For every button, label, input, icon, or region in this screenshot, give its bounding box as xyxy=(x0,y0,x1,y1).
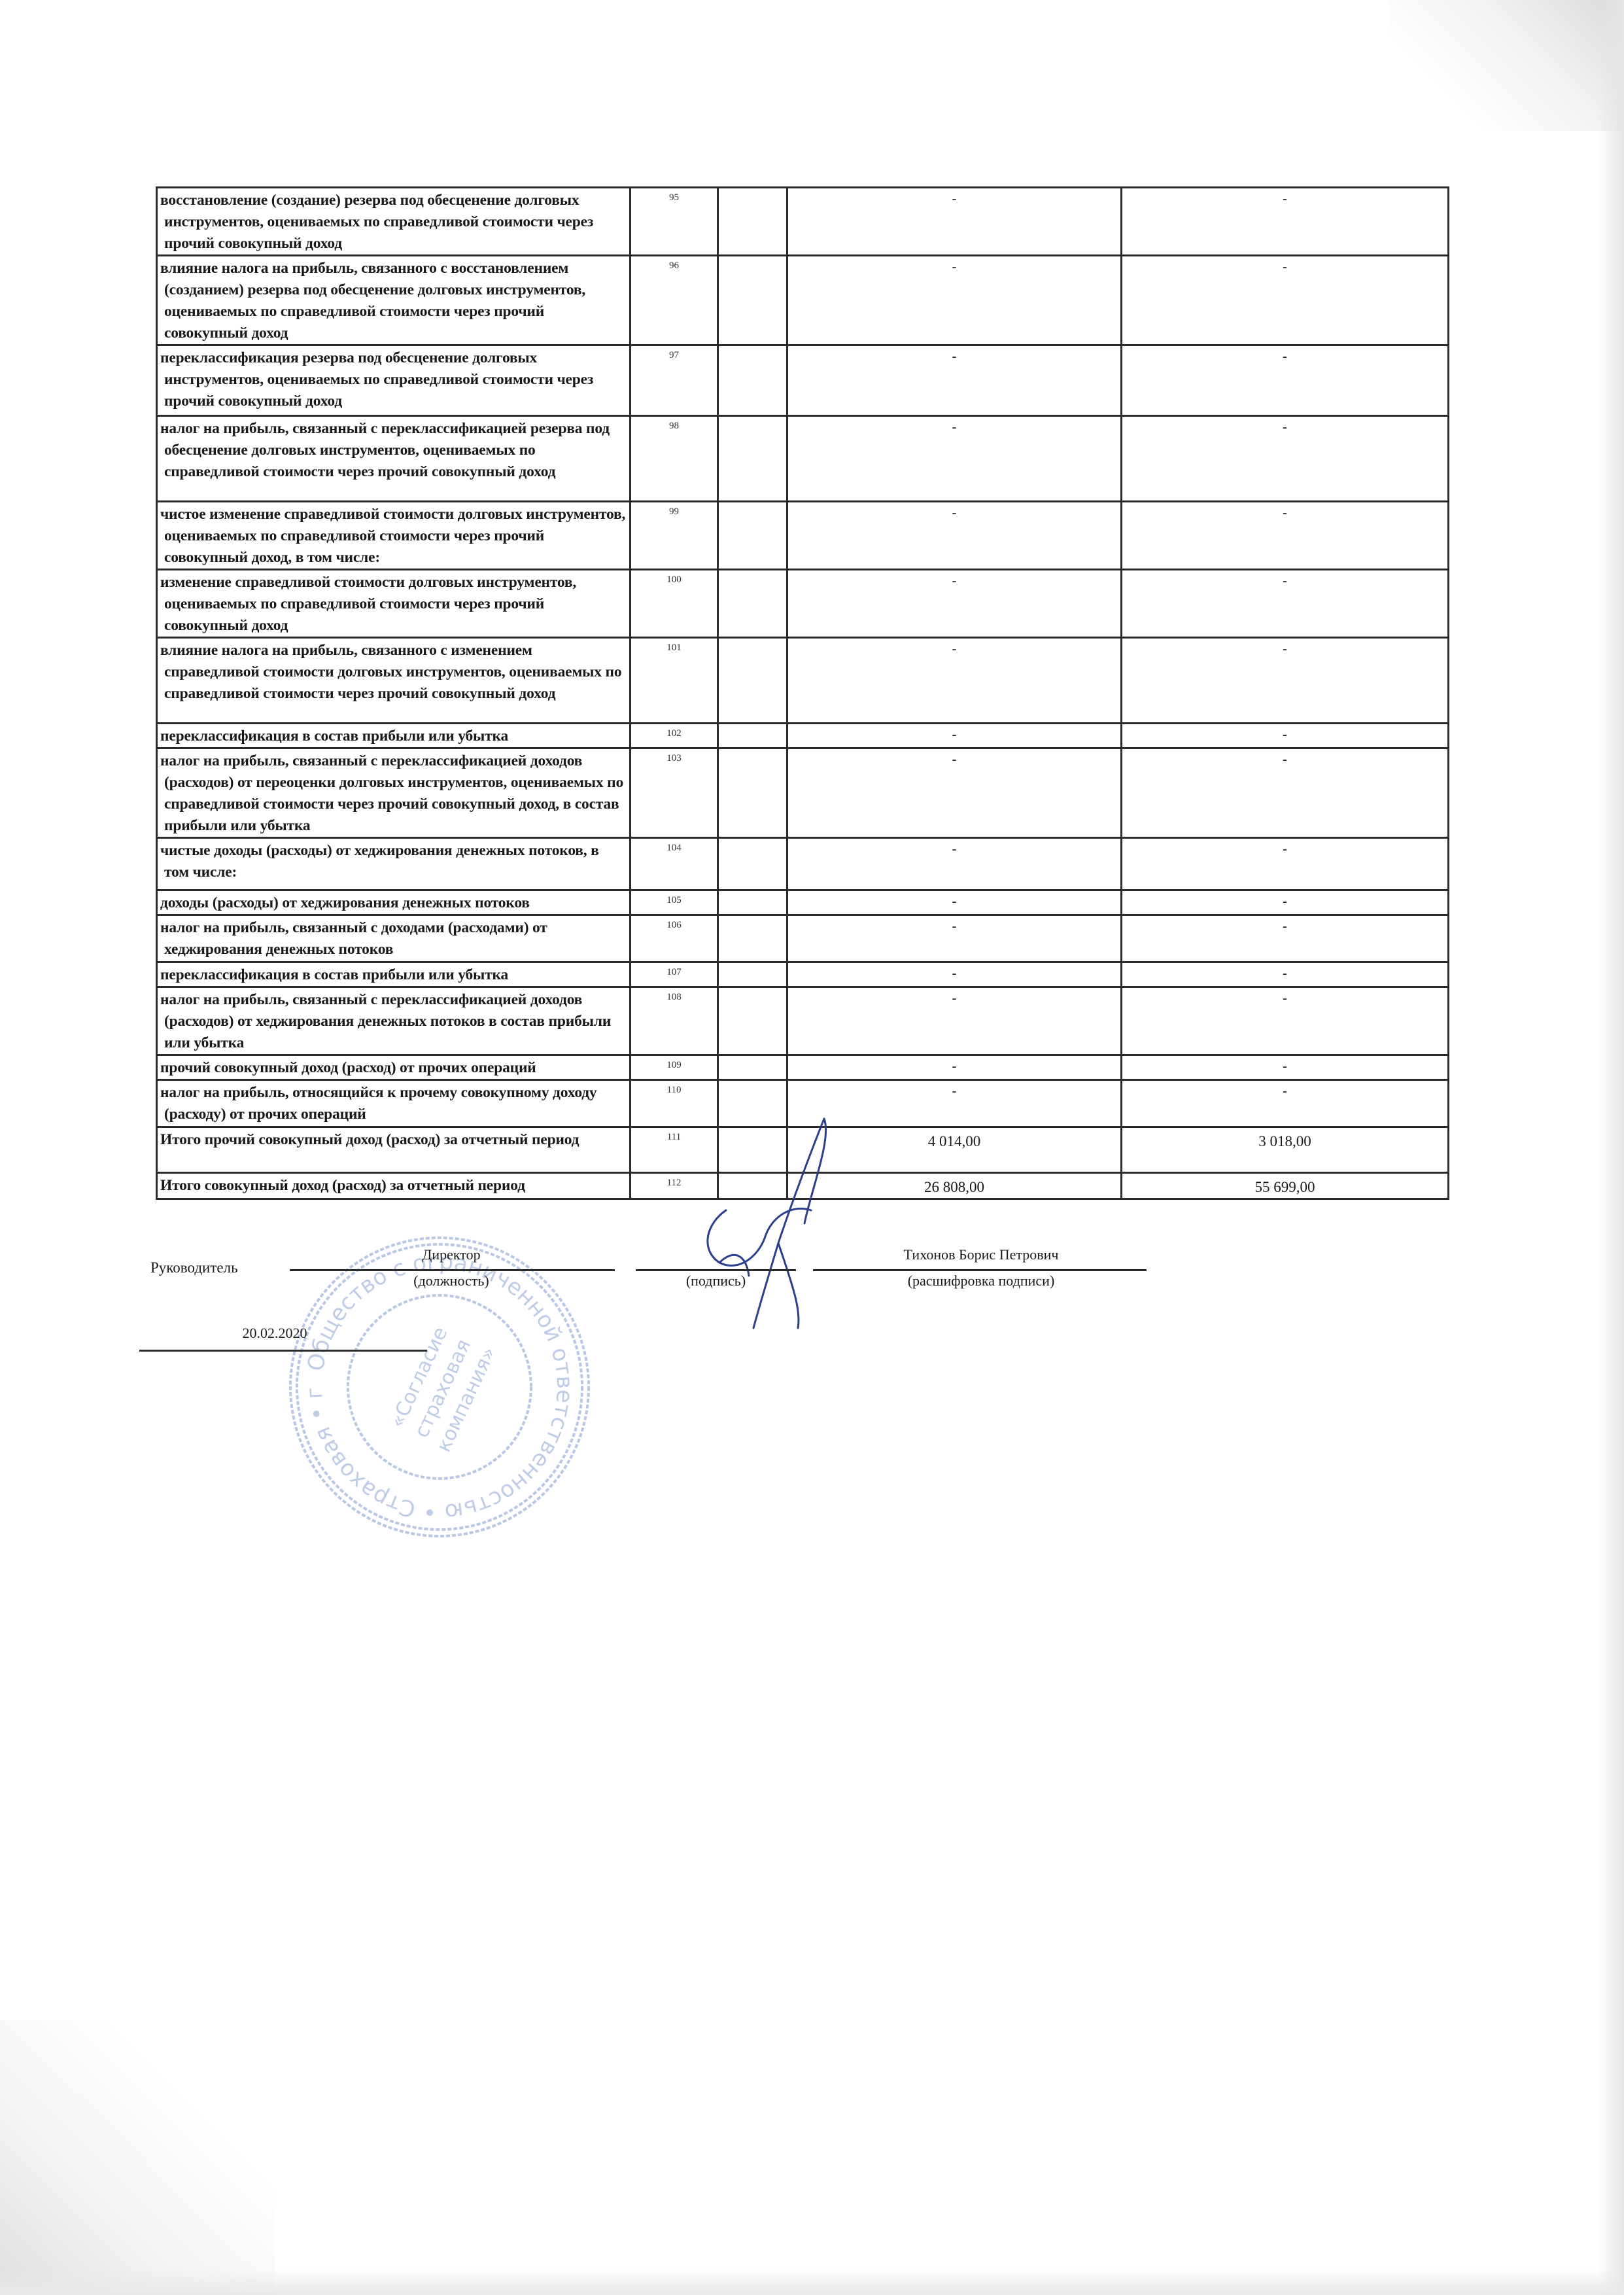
row-note xyxy=(718,345,787,416)
row-name: налог на прибыль, связанный с перекласси… xyxy=(157,748,631,838)
row-previous-period-value: - xyxy=(1122,987,1449,1055)
row-name: влияние налога на прибыль, связанного с … xyxy=(157,256,631,345)
row-current-period-value: - xyxy=(787,345,1122,416)
table-row: доходы (расходы) от хеджирования денежны… xyxy=(157,890,1449,915)
row-current-period-value: - xyxy=(787,256,1122,345)
row-name: налог на прибыль, относящийся к прочему … xyxy=(157,1080,631,1127)
table-row: налог на прибыль, связанный с доходами (… xyxy=(157,915,1449,962)
row-code: 95 xyxy=(631,188,718,256)
position-line xyxy=(290,1269,615,1271)
row-code: 99 xyxy=(631,502,718,570)
row-name: Итого прочий совокупный доход (расход) з… xyxy=(157,1127,631,1173)
row-note xyxy=(718,838,787,890)
table-row: переклассификация резерва под обесценени… xyxy=(157,345,1449,416)
row-code: 105 xyxy=(631,890,718,915)
role-label: Руководитель xyxy=(150,1259,238,1276)
date-line xyxy=(139,1350,427,1352)
table-row: влияние налога на прибыль, связанного с … xyxy=(157,638,1449,724)
row-code: 109 xyxy=(631,1055,718,1080)
row-code: 96 xyxy=(631,256,718,345)
row-current-period-value: - xyxy=(787,915,1122,962)
row-previous-period-value: - xyxy=(1122,638,1449,724)
name-caption: (расшифровка подписи) xyxy=(811,1272,1151,1289)
table-row: налог на прибыль, связанный с перекласси… xyxy=(157,416,1449,502)
row-note xyxy=(718,724,787,748)
name-value: Тихонов Борис Петрович xyxy=(811,1246,1151,1263)
row-previous-period-value: - xyxy=(1122,1055,1449,1080)
row-code: 107 xyxy=(631,962,718,987)
row-note xyxy=(718,570,787,638)
row-current-period-value: - xyxy=(787,1055,1122,1080)
row-code: 101 xyxy=(631,638,718,724)
row-previous-period-value: - xyxy=(1122,1080,1449,1127)
scan-shadow xyxy=(1389,0,1624,131)
row-code: 106 xyxy=(631,915,718,962)
table-row: прочий совокупный доход (расход) от проч… xyxy=(157,1055,1449,1080)
row-previous-period-value: - xyxy=(1122,416,1449,502)
row-note xyxy=(718,638,787,724)
row-current-period-value: - xyxy=(787,838,1122,890)
signature-line xyxy=(636,1269,796,1271)
row-code: 103 xyxy=(631,748,718,838)
row-code: 100 xyxy=(631,570,718,638)
row-note xyxy=(718,987,787,1055)
row-note xyxy=(718,256,787,345)
row-current-period-value: - xyxy=(787,570,1122,638)
row-name: Итого совокупный доход (расход) за отчет… xyxy=(157,1173,631,1199)
row-note xyxy=(718,502,787,570)
row-current-period-value: - xyxy=(787,962,1122,987)
row-name: восстановление (создание) резерва под об… xyxy=(157,188,631,256)
table-row: влияние налога на прибыль, связанного с … xyxy=(157,256,1449,345)
table-row: переклассификация в состав прибыли или у… xyxy=(157,724,1449,748)
table-row: чистое изменение справедливой стоимости … xyxy=(157,502,1449,570)
row-note xyxy=(718,416,787,502)
row-note xyxy=(718,188,787,256)
table-row: чистые доходы (расходы) от хеджирования … xyxy=(157,838,1449,890)
row-previous-period-value: - xyxy=(1122,890,1449,915)
signature-caption: (подпись) xyxy=(636,1272,796,1289)
row-name: переклассификация резерва под обесценени… xyxy=(157,345,631,416)
table-row: налог на прибыль, связанный с перекласси… xyxy=(157,748,1449,838)
signing-date: 20.02.2020 xyxy=(196,1325,353,1342)
row-name: изменение справедливой стоимости долговы… xyxy=(157,570,631,638)
row-name: налог на прибыль, связанный с доходами (… xyxy=(157,915,631,962)
row-current-period-value: - xyxy=(787,502,1122,570)
row-name: прочий совокупный доход (расход) от проч… xyxy=(157,1055,631,1080)
position-caption: (должность) xyxy=(288,1272,615,1289)
row-previous-period-value: - xyxy=(1122,570,1449,638)
row-current-period-value: - xyxy=(787,416,1122,502)
row-current-period-value: - xyxy=(787,188,1122,256)
row-previous-period-value: - xyxy=(1122,724,1449,748)
row-code: 98 xyxy=(631,416,718,502)
row-name: влияние налога на прибыль, связанного с … xyxy=(157,638,631,724)
row-name: налог на прибыль, связанный с перекласси… xyxy=(157,987,631,1055)
handwritten-signature xyxy=(680,1112,876,1335)
table-row: налог на прибыль, связанный с перекласси… xyxy=(157,987,1449,1055)
row-code: 108 xyxy=(631,987,718,1055)
row-current-period-value: - xyxy=(787,638,1122,724)
row-name: переклассификация в состав прибыли или у… xyxy=(157,724,631,748)
table-row: переклассификация в состав прибыли или у… xyxy=(157,962,1449,987)
comprehensive-income-table: восстановление (создание) резерва под об… xyxy=(156,186,1449,1200)
row-previous-period-value: - xyxy=(1122,256,1449,345)
row-name: переклассификация в состав прибыли или у… xyxy=(157,962,631,987)
row-previous-period-value: - xyxy=(1122,502,1449,570)
row-previous-period-value: 55 699,00 xyxy=(1122,1173,1449,1199)
row-name: чистое изменение справедливой стоимости … xyxy=(157,502,631,570)
scan-shadow xyxy=(0,2269,1624,2295)
scan-shadow xyxy=(1598,0,1624,2295)
row-name: налог на прибыль, связанный с перекласси… xyxy=(157,416,631,502)
row-note xyxy=(718,748,787,838)
row-note xyxy=(718,890,787,915)
row-note xyxy=(718,962,787,987)
scan-shadow xyxy=(0,2020,275,2295)
row-current-period-value: - xyxy=(787,724,1122,748)
row-code: 97 xyxy=(631,345,718,416)
table-row: изменение справедливой стоимости долговы… xyxy=(157,570,1449,638)
row-previous-period-value: - xyxy=(1122,838,1449,890)
row-note xyxy=(718,1055,787,1080)
row-code: 104 xyxy=(631,838,718,890)
row-previous-period-value: 3 018,00 xyxy=(1122,1127,1449,1173)
row-note xyxy=(718,915,787,962)
row-previous-period-value: - xyxy=(1122,748,1449,838)
row-name: доходы (расходы) от хеджирования денежны… xyxy=(157,890,631,915)
row-previous-period-value: - xyxy=(1122,188,1449,256)
table-row: восстановление (создание) резерва под об… xyxy=(157,188,1449,256)
name-line xyxy=(813,1269,1147,1271)
row-previous-period-value: - xyxy=(1122,962,1449,987)
row-previous-period-value: - xyxy=(1122,345,1449,416)
row-current-period-value: - xyxy=(787,748,1122,838)
row-current-period-value: - xyxy=(787,987,1122,1055)
row-name: чистые доходы (расходы) от хеджирования … xyxy=(157,838,631,890)
row-current-period-value: - xyxy=(787,890,1122,915)
row-previous-period-value: - xyxy=(1122,915,1449,962)
position-value: Директор xyxy=(288,1246,615,1263)
row-code: 102 xyxy=(631,724,718,748)
